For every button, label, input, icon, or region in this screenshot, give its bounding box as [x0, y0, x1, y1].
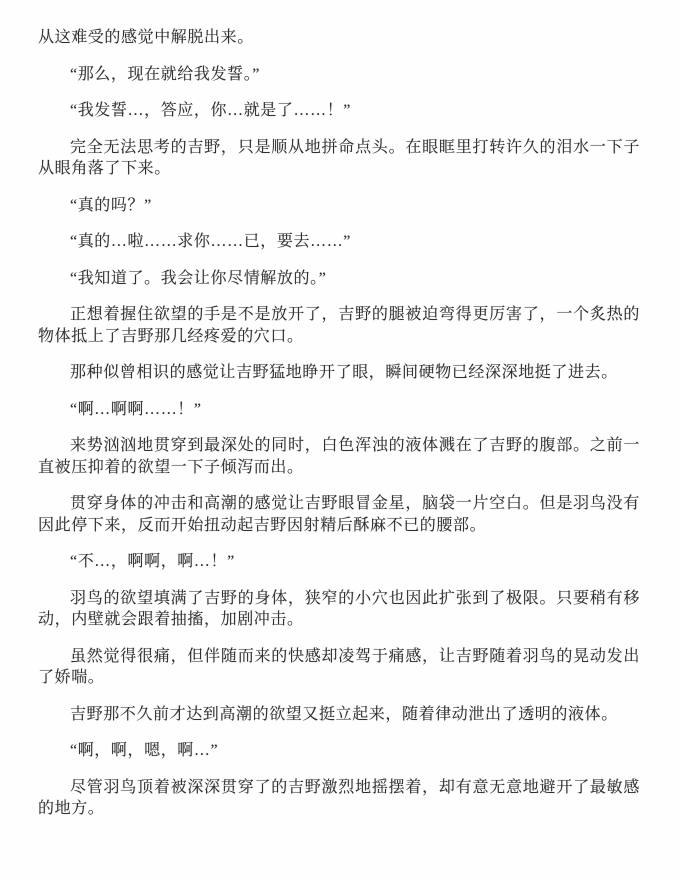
dialogue-paragraph: “我知道了。我会让你尽情解放的。” — [38, 268, 640, 290]
paragraph: 正想着握住欲望的手是不是放开了，吉野的腿被迫弯得更厉害了，一个炙热的物体抵上了吉… — [38, 304, 640, 347]
dialogue-paragraph: “那么，现在就给我发誓。” — [38, 64, 640, 86]
dialogue-paragraph: “不…，啊啊，啊…！” — [38, 551, 640, 573]
dialogue-paragraph: “啊…啊啊……！” — [38, 399, 640, 421]
paragraph: 从这难受的感觉中解脱出来。 — [38, 27, 640, 49]
paragraph: 尽管羽鸟顶着被深深贯穿了的吉野激烈地摇摆着，却有意无意地避开了最敏感的地方。 — [38, 777, 640, 820]
paragraph: 那种似曾相识的感觉让吉野猛地睁开了眼，瞬间硬物已经深深地挺了进去。 — [38, 362, 640, 384]
document-page: 从这难受的感觉中解脱出来。 “那么，现在就给我发誓。” “我发誓…，答应，你…就… — [0, 0, 680, 880]
dialogue-paragraph: “真的吗？” — [38, 195, 640, 217]
dialogue-paragraph: “我发誓…，答应，你…就是了……！” — [38, 100, 640, 122]
paragraph: 羽鸟的欲望填满了吉野的身体，狭窄的小穴也因此扩张到了极限。只要稍有移动，内壁就会… — [38, 588, 640, 631]
paragraph: 来势汹汹地贯穿到最深处的同时，白色浑浊的液体溅在了吉野的腹部。之前一直被压抑着的… — [38, 435, 640, 478]
paragraph: 吉野那不久前才达到高潮的欲望又挺立起来，随着律动泄出了透明的液体。 — [38, 704, 640, 726]
dialogue-paragraph: “啊，啊，嗯，啊…” — [38, 740, 640, 762]
dialogue-paragraph: “真的…啦……求你……已，要去……” — [38, 231, 640, 253]
paragraph: 贯穿身体的冲击和高潮的感觉让吉野眼冒金星，脑袋一片空白。但是羽鸟没有因此停下来，… — [38, 493, 640, 536]
paragraph: 虽然觉得很痛，但伴随而来的快感却凌驾于痛感，让吉野随着羽鸟的晃动发出了娇喘。 — [38, 646, 640, 689]
paragraph: 完全无法思考的吉野，只是顺从地拼命点头。在眼眶里打转许久的泪水一下子从眼角落了下… — [38, 137, 640, 180]
